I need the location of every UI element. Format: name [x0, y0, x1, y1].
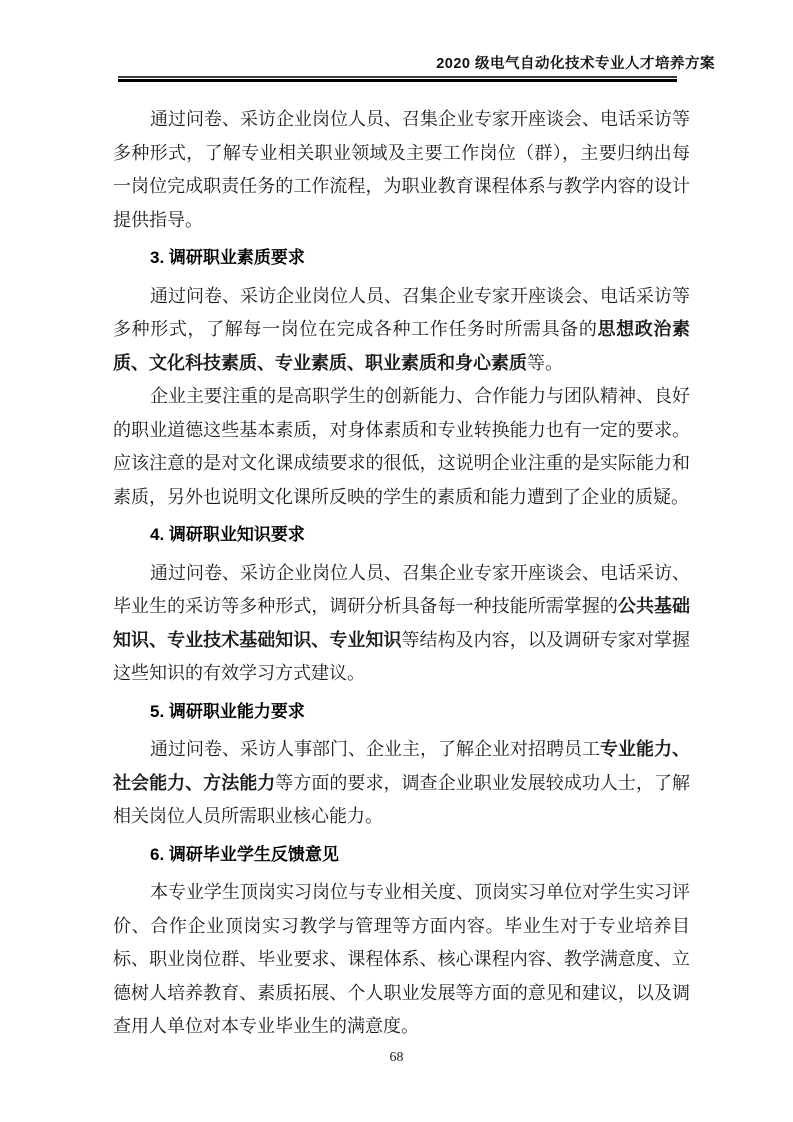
page-footer: 68	[0, 1050, 793, 1066]
paragraph-enterprise-focus: 企业主要注重的是高职学生的创新能力、合作能力与团队精神、良好的职业道德这些基本素…	[113, 380, 690, 514]
heading-section-3-quality-requirements: 3. 调研职业素质要求	[113, 241, 690, 275]
paragraph-quality-requirements: 通过问卷、采访企业岗位人员、召集企业专家开座谈会、电话采访等多种形式，了解每一岗…	[113, 280, 690, 381]
paragraph-knowledge-requirements: 通过问卷、采访企业岗位人员、召集企业专家开座谈会、电话采访、毕业生的采访等多种形…	[113, 557, 690, 691]
header-rule-bottom-line	[118, 79, 677, 82]
heading-section-6-graduate-feedback: 6. 调研毕业学生反馈意见	[113, 838, 690, 872]
paragraph-ability-requirements: 通过问卷、采访人事部门、企业主，了解企业对招聘员工专业能力、社会能力、方法能力等…	[113, 733, 690, 834]
header-rule-divider	[118, 76, 677, 82]
document-page: 2020 级电气自动化技术专业人才培养方案 通过问卷、采访企业岗位人员、召集企业…	[0, 0, 793, 1122]
page-number: 68	[390, 1050, 404, 1065]
heading-section-4-knowledge-requirements: 4. 调研职业知识要求	[113, 518, 690, 552]
header-title: 2020 级电气自动化技术专业人才培养方案	[436, 52, 715, 73]
paragraph-survey-methods-positions: 通过问卷、采访企业岗位人员、召集企业专家开座谈会、电话采访等多种形式，了解专业相…	[113, 103, 690, 237]
header-rule-top-line	[118, 76, 677, 78]
heading-section-5-ability-requirements: 5. 调研职业能力要求	[113, 695, 690, 729]
document-body: 通过问卷、采访企业岗位人员、召集企业专家开座谈会、电话采访等多种形式，了解专业相…	[113, 103, 690, 1044]
paragraph-graduate-feedback: 本专业学生顶岗实习岗位与专业相关度、顶岗实习单位对学生实习评价、合作企业顶岗实习…	[113, 876, 690, 1044]
